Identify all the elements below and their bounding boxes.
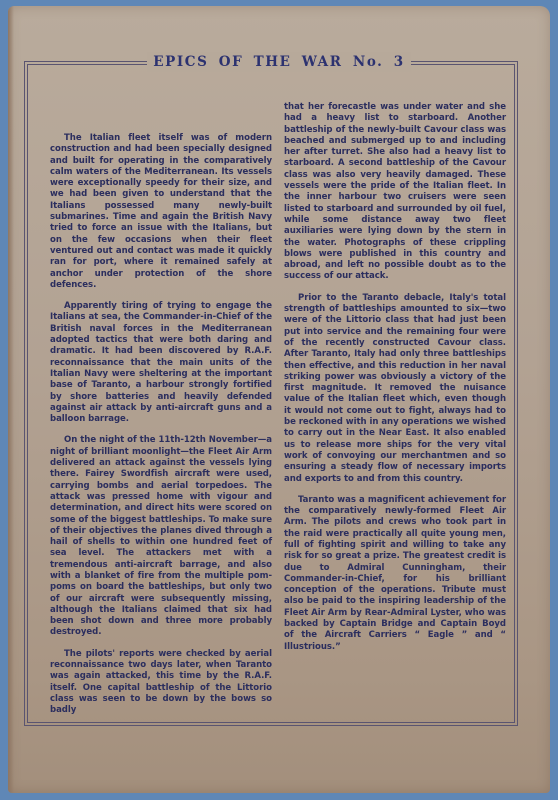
title-banner: EPICS OF THE WAR No. 3 (8, 51, 550, 72)
paragraph: The Italian fleet itself was of modern c… (50, 133, 272, 291)
paragraph: Apparently tiring of trying to engage th… (50, 301, 272, 425)
paragraph: On the night of the 11th-12th November—a… (50, 435, 272, 638)
paragraph: The pilots' reports were checked by aeri… (50, 649, 272, 717)
left-column: The Italian fleet itself was of modern c… (50, 133, 272, 727)
right-column: that her forecastle was under water and … (284, 102, 506, 727)
paragraph: Prior to the Taranto debacle, Italy's to… (284, 293, 506, 485)
paragraph: Taranto was a magnificent achievement fo… (284, 495, 506, 653)
article-body: The Italian fleet itself was of modern c… (50, 133, 506, 727)
page-edge (8, 6, 14, 793)
page-title: EPICS OF THE WAR No. 3 (147, 52, 411, 72)
paragraph-continued: that her forecastle was under water and … (284, 102, 506, 283)
